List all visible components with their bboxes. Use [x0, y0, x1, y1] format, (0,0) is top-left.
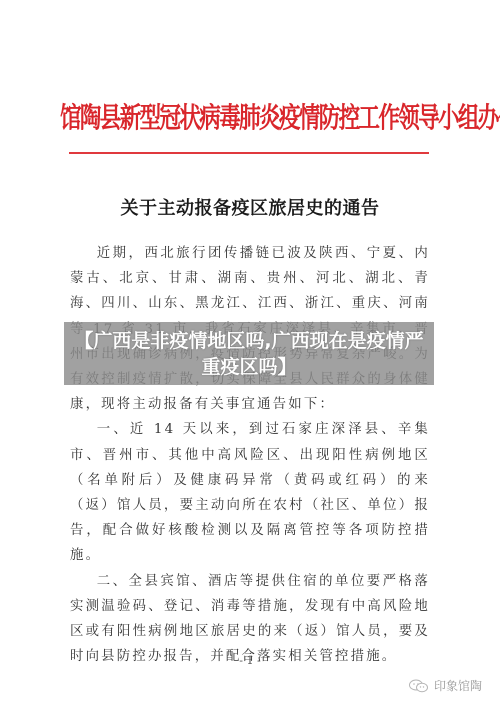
- overlay-headline: 【广西是非疫情地区吗,广西现在是疫情严重疫区吗】: [73, 328, 425, 380]
- document-title: 关于主动报备疫区旅居史的通告: [60, 194, 440, 220]
- wechat-icon: [408, 679, 430, 693]
- letterhead-issuer: 馆陶县新型冠状病毒肺炎疫情防控工作领导小组办公室: [60, 96, 440, 136]
- headline-overlay: 【广西是非疫情地区吗,广西现在是疫情严重疫区吗】: [64, 322, 434, 385]
- document-body: 近期，西北旅行团传播链已波及陕西、宁夏、内蒙古、北京、甘肃、湖南、贵州、河北、湖…: [70, 241, 430, 669]
- body-paragraph-item-1: 一、近 14 天以来，到过石家庄深泽县、辛集市、晋州市、其他中高风险区、出现阳性…: [70, 417, 430, 568]
- watermark-label: 印象馆陶: [434, 677, 482, 694]
- watermark: 印象馆陶: [408, 677, 482, 694]
- page-number: - 1 -: [200, 654, 300, 667]
- letterhead-red-rule: [69, 152, 429, 154]
